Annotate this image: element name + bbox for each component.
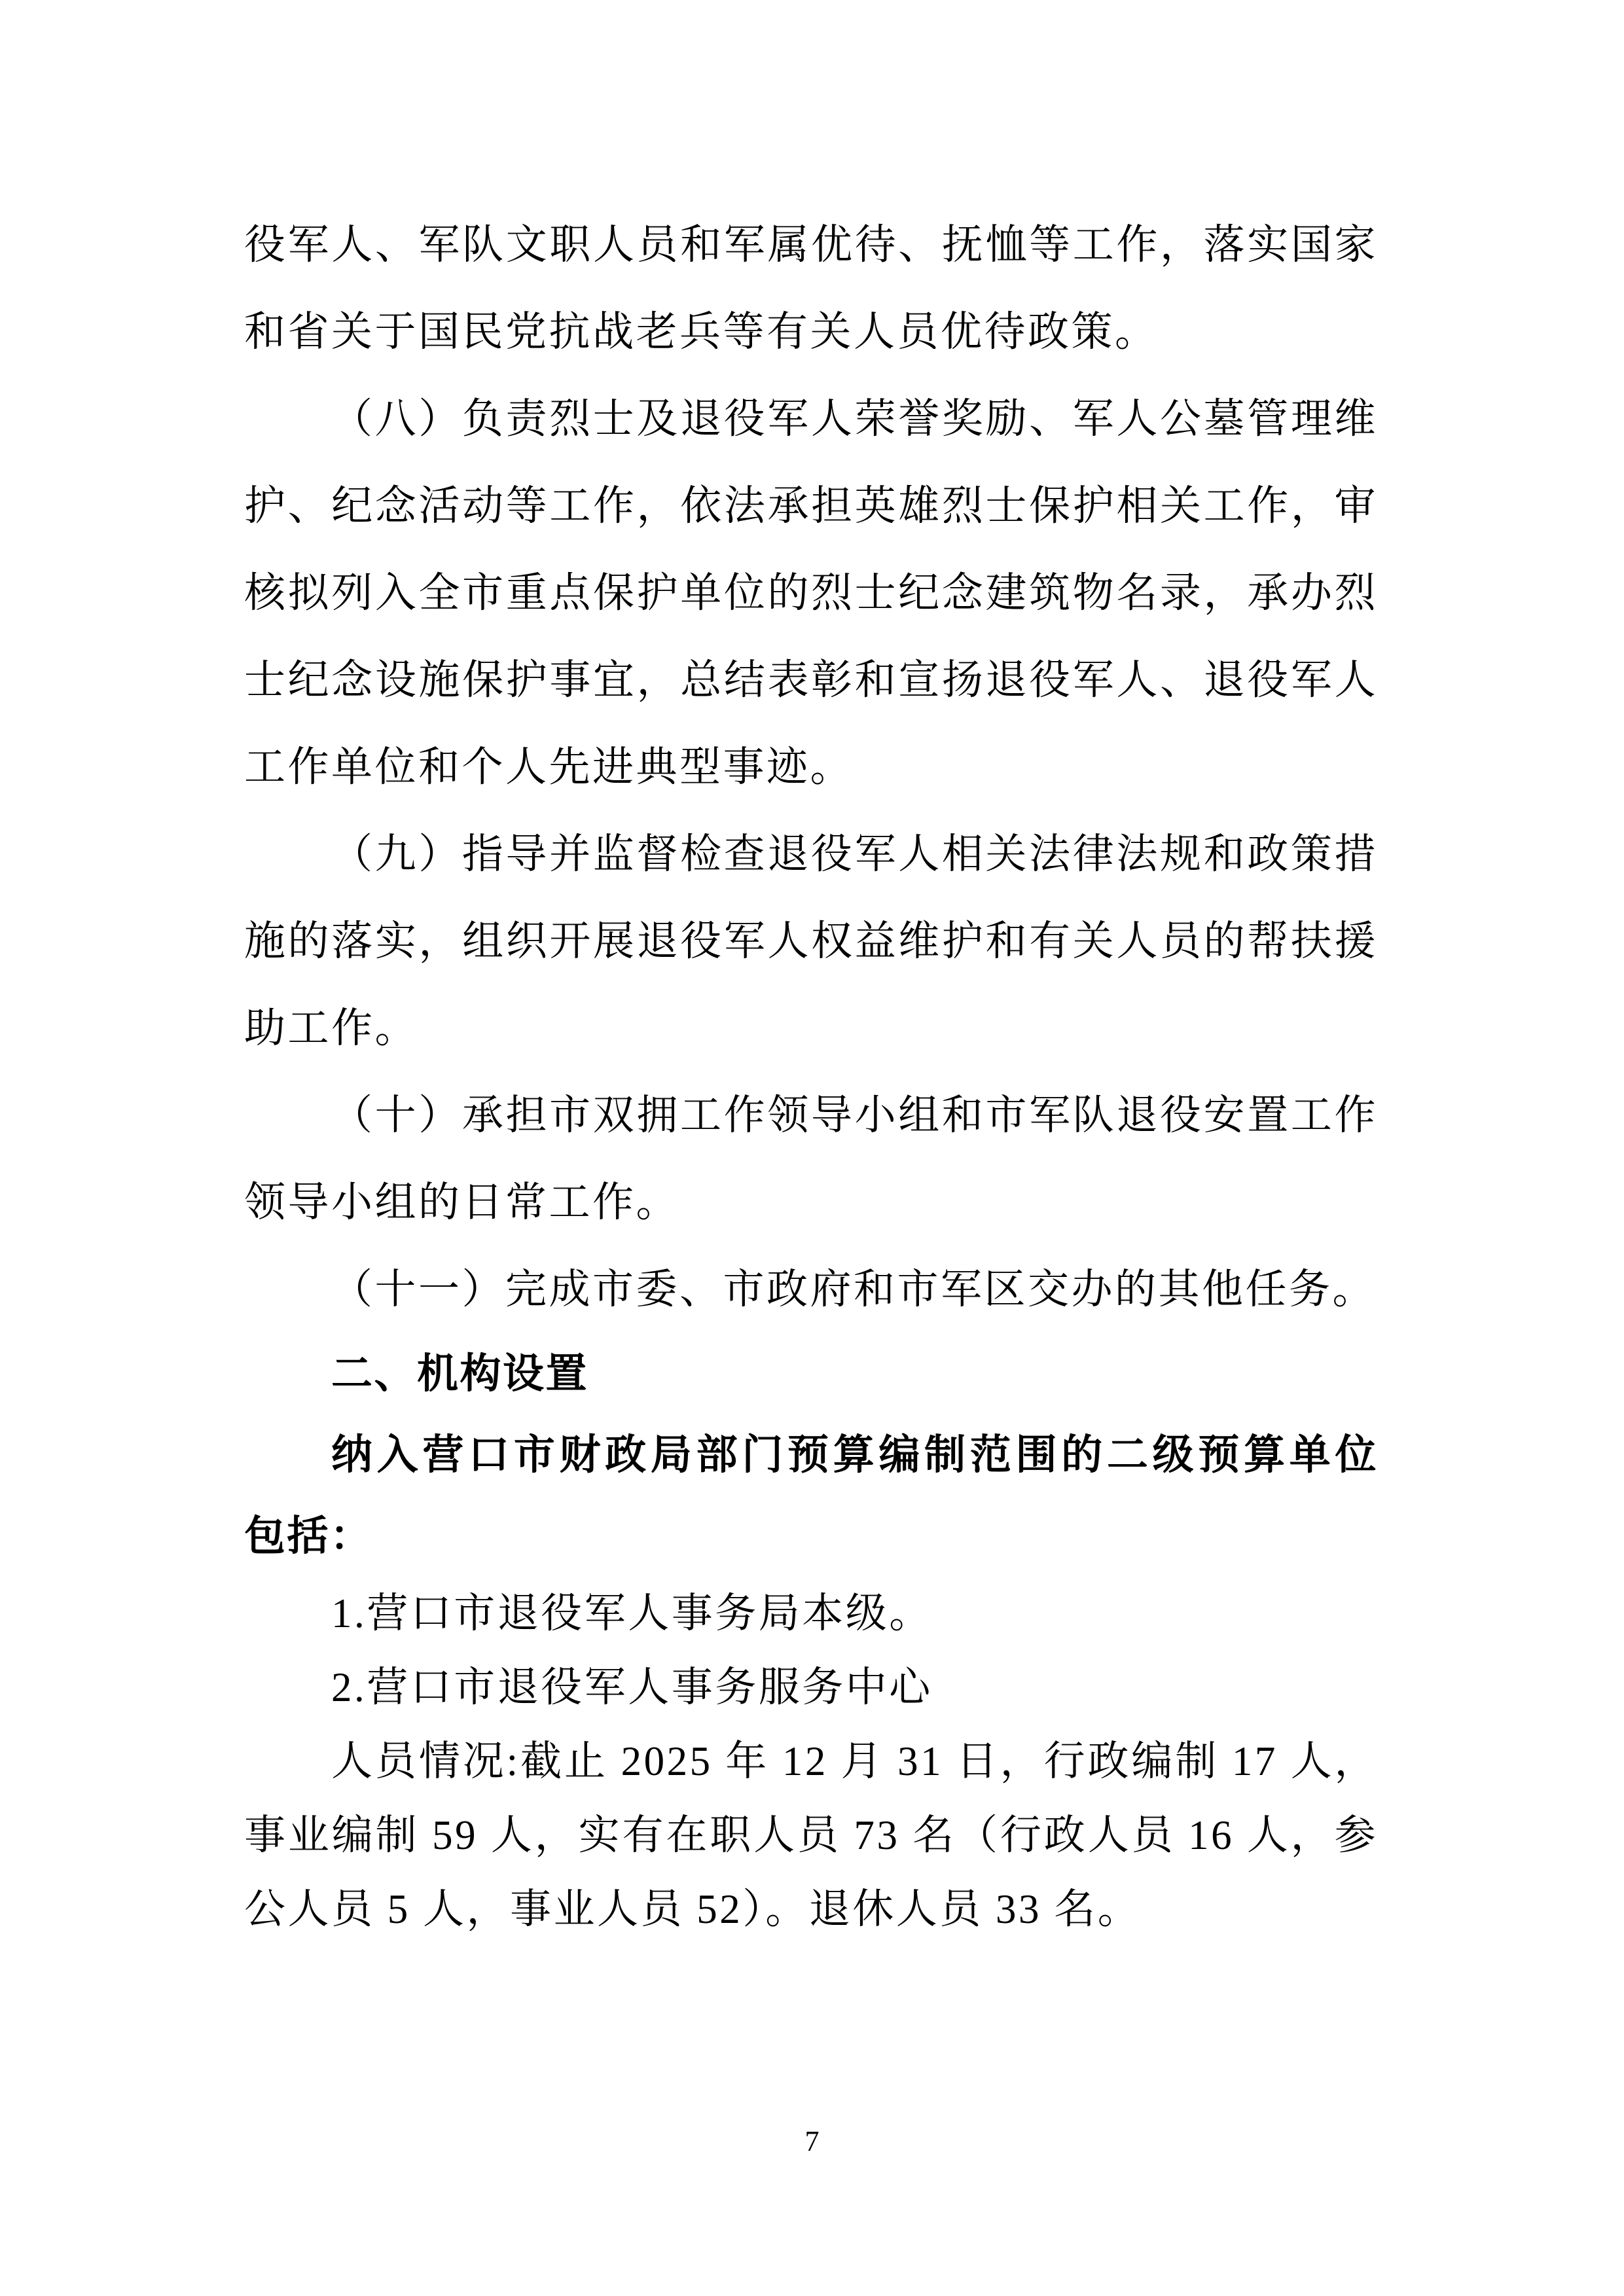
text-block: 役军人、军队文职人员和军属优待、抚恤等工作，落实国家 和省关于国民党抗战老兵等有… bbox=[244, 202, 1378, 1946]
text-line: （十）承担市双拥工作领导小组和市军队退役安置工作 bbox=[244, 1072, 1378, 1159]
text-line: 公人员 5 人，事业人员 52）。退休人员 33 名。 bbox=[244, 1873, 1378, 1946]
text-line: 和省关于国民党抗战老兵等有关人员优待政策。 bbox=[244, 289, 1378, 376]
document-page: 役军人、军队文职人员和军属优待、抚恤等工作，落实国家 和省关于国民党抗战老兵等有… bbox=[0, 0, 1624, 2296]
text-line: 护、纪念活动等工作，依法承担英雄烈士保护相关工作，审 bbox=[244, 463, 1378, 550]
text-line: （九）指导并监督检查退役军人相关法律法规和政策措 bbox=[244, 811, 1378, 898]
text-line: 事业编制 59 人，实有在职人员 73 名（行政人员 16 人，参 bbox=[244, 1799, 1378, 1873]
text-line: 核拟列入全市重点保护单位的烈士纪念建筑物名录，承办烈 bbox=[244, 550, 1378, 637]
text-line: 役军人、军队文职人员和军属优待、抚恤等工作，落实国家 bbox=[244, 202, 1378, 289]
page-number: 7 bbox=[0, 2126, 1624, 2157]
list-item: 2.营口市退役军人事务服务中心 bbox=[244, 1651, 1378, 1725]
text-line: 工作单位和个人先进典型事迹。 bbox=[244, 724, 1378, 811]
text-line: 助工作。 bbox=[244, 985, 1378, 1072]
section-heading: 二、机构设置 bbox=[244, 1333, 1378, 1414]
section-text-line: 纳入营口市财政局部门预算编制范围的二级预算单位 bbox=[244, 1414, 1378, 1496]
text-line: 人员情况:截止 2025 年 12 月 31 日，行政编制 17 人， bbox=[244, 1725, 1378, 1799]
text-line: 施的落实，组织开展退役军人权益维护和有关人员的帮扶援 bbox=[244, 898, 1378, 985]
section-text-line: 包括： bbox=[244, 1496, 1378, 1577]
text-line: （十一）完成市委、市政府和市军区交办的其他任务。 bbox=[244, 1246, 1378, 1333]
text-line: 士纪念设施保护事宜，总结表彰和宣扬退役军人、退役军人 bbox=[244, 637, 1378, 724]
text-line: （八）负责烈士及退役军人荣誉奖励、军人公墓管理维 bbox=[244, 376, 1378, 463]
list-item: 1.营口市退役军人事务局本级。 bbox=[244, 1577, 1378, 1651]
text-line: 领导小组的日常工作。 bbox=[244, 1159, 1378, 1246]
